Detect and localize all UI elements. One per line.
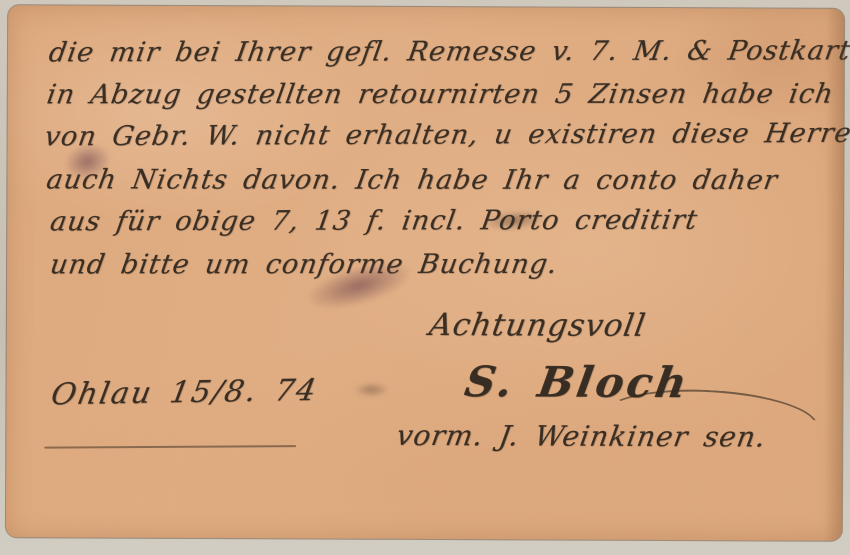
closing-formula: Achtungsvoll <box>427 307 649 344</box>
handwriting-line-5: aus für obige 7, 13 f. incl. Porto credi… <box>47 200 701 244</box>
dateline: Ohlau 15/8. 74 <box>48 373 320 412</box>
handwriting-line-2: in Abzug gestellten retournirten 5 Zinse… <box>44 74 837 117</box>
handwriting-line-1: die mir bei Ihrer gefl. Remesse v. 7. M.… <box>46 30 850 74</box>
scan-background: die mir bei Ihrer gefl. Remesse v. 7. M.… <box>0 0 850 555</box>
handwriting-line-3: von Gebr. W. nicht erhalten, u existiren… <box>41 113 850 159</box>
ink-smudge <box>354 383 388 397</box>
dateline-flourish-underline <box>44 445 296 449</box>
handwriting-line-6: und bitte um conforme Buchung. <box>47 244 561 286</box>
postcard: die mir bei Ihrer gefl. Remesse v. 7. M.… <box>6 5 844 541</box>
handwriting-line-4: auch Nichts davon. Ich habe Ihr a conto … <box>43 159 781 202</box>
signature-subline: vorm. J. Weinkiner sen. <box>394 419 768 454</box>
scan-edge-shadow <box>824 9 844 541</box>
